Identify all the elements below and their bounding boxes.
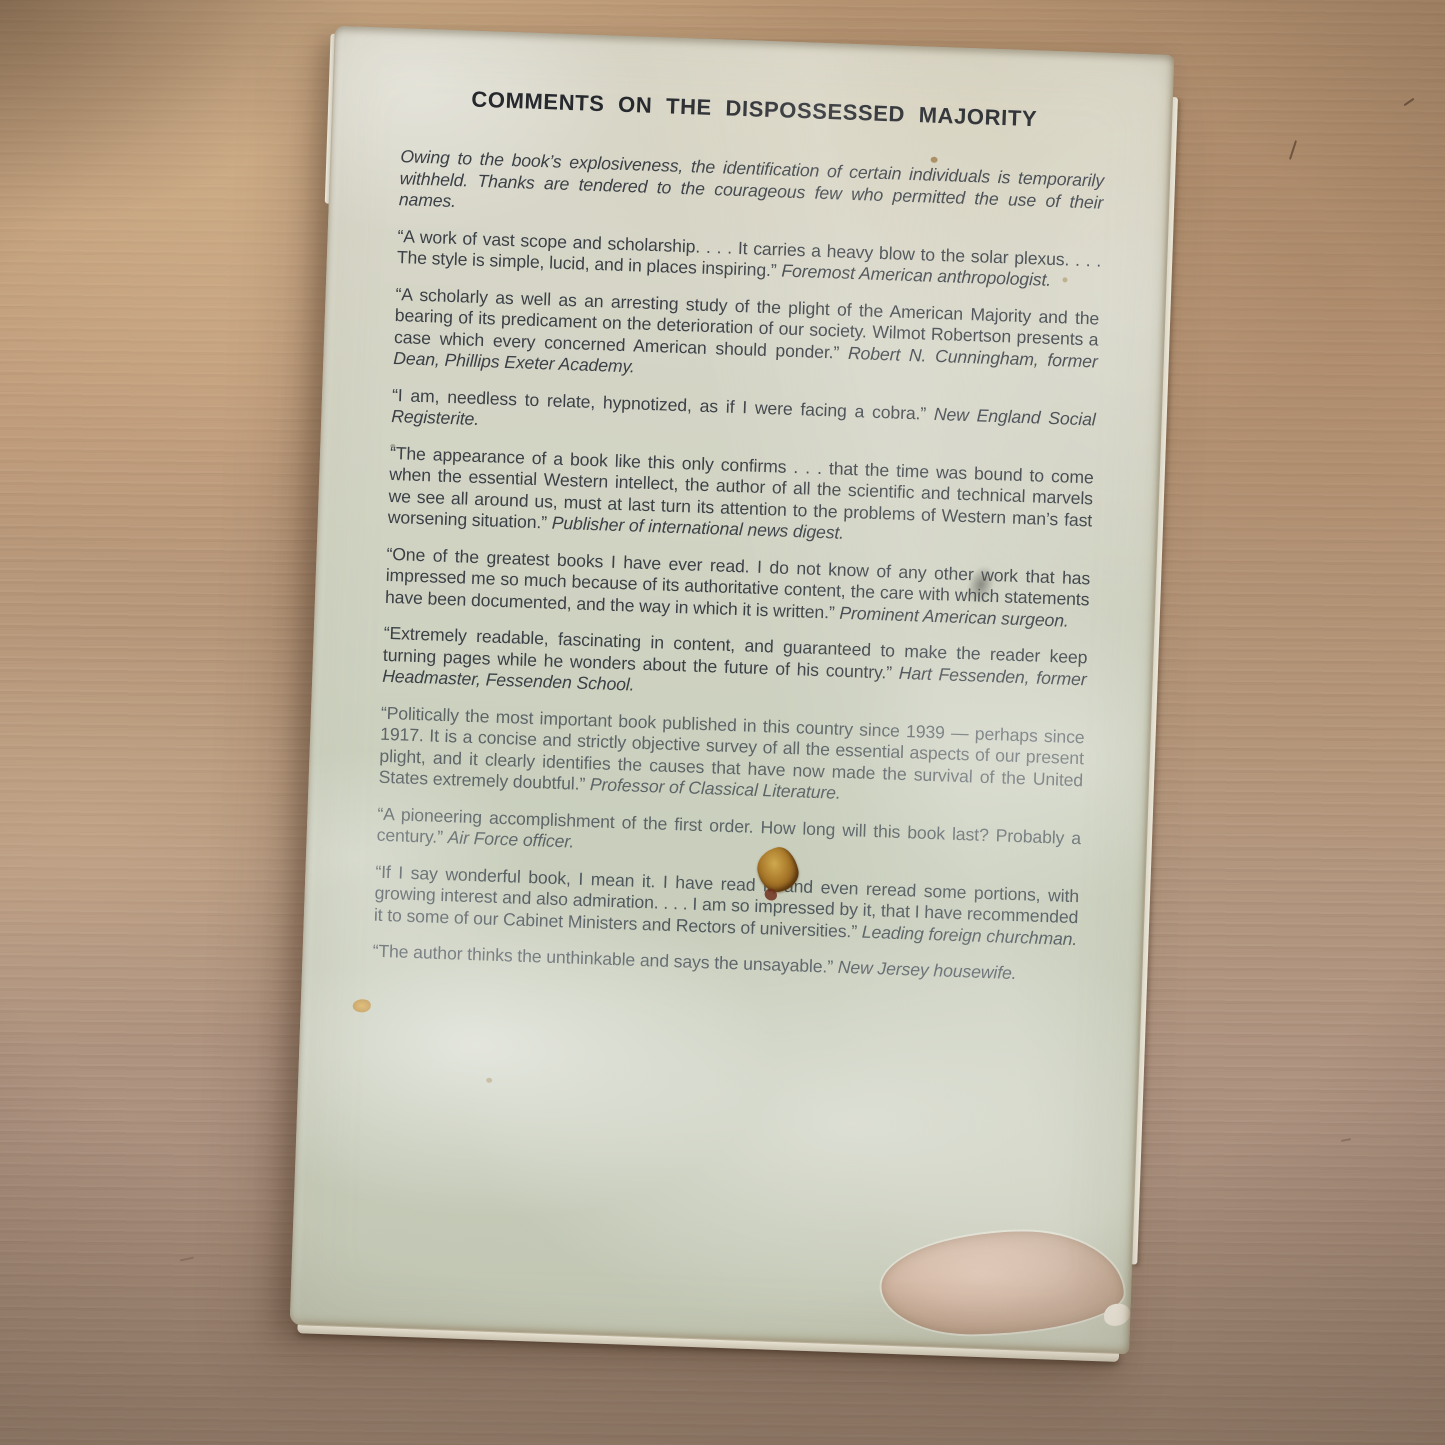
quote-paragraph: “A pioneering accomplishment of the firs… [376,803,1081,871]
speck [390,444,395,448]
yellow-stain [353,999,371,1013]
torn-paper-patch [881,1230,1125,1336]
quote-paragraph: “I am, needless to relate, hypnotized, a… [391,384,1096,452]
quote-paragraph: “The author thinks the unthinkable and s… [372,941,1076,987]
intro-note: Owing to the book’s explosiveness, the i… [399,146,1105,235]
quote-attribution: Air Force officer. [447,827,574,851]
quote-paragraph: “A scholarly as well as an arresting stu… [393,284,1100,395]
speck [1062,277,1067,282]
book-back-cover: COMMENTS ON THE DISPOSSESSED MAJORITY Ow… [290,26,1175,1355]
quote-paragraph: “A work of vast scope and scholarship. .… [397,226,1102,294]
quote-attribution: New Jersey housewife. [837,957,1016,983]
speck [486,1078,492,1083]
quote-paragraph: “Politically the most important book pub… [378,702,1085,813]
quote-text: “The author thinks the unthinkable and s… [372,941,833,977]
wood-scratch [180,1257,194,1262]
quote-paragraph: “The appearance of a book like this only… [387,442,1094,553]
wood-scratch [1404,98,1415,107]
wood-scratch [1341,1138,1351,1142]
cover-text-block: COMMENTS ON THE DISPOSSESSED MAJORITY Ow… [302,26,1174,989]
quote-paragraph: “If I say wonderful book, I mean it. I h… [374,861,1080,950]
quote-paragraph: “Extremely readable, fascinating in cont… [382,623,1088,712]
cover-heading: COMMENTS ON THE DISPOSSESSED MAJORITY [402,84,1106,135]
wood-scratch [1289,140,1297,160]
